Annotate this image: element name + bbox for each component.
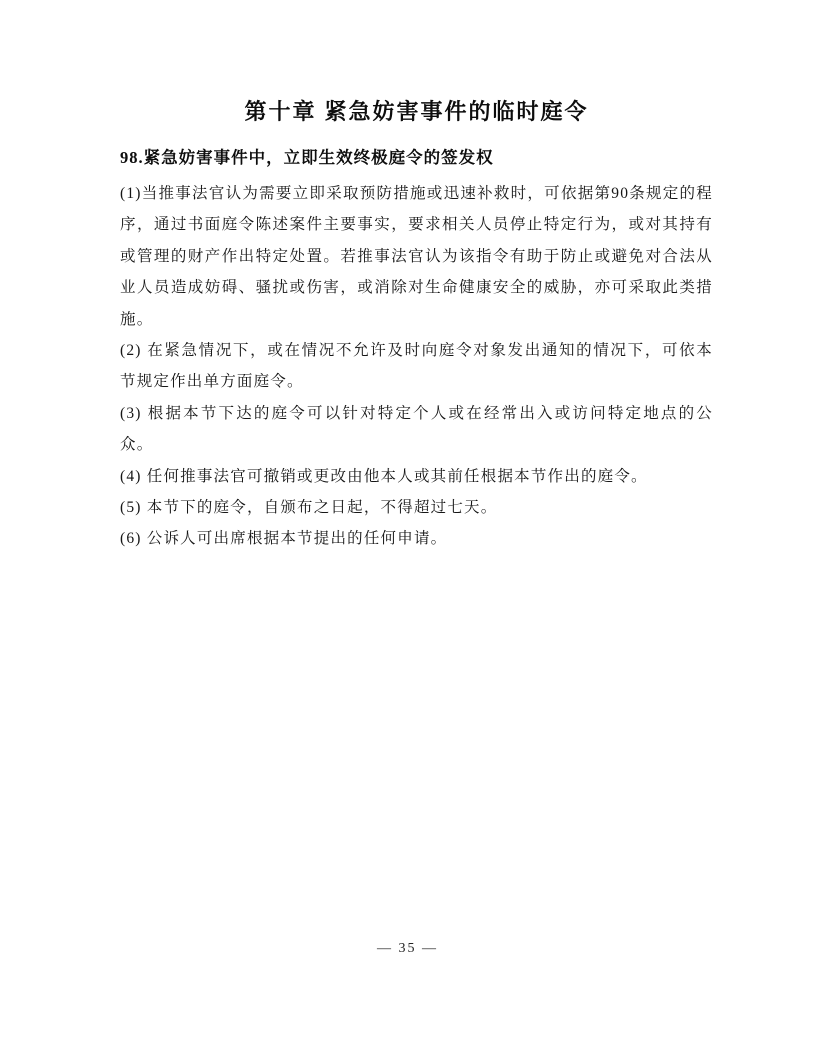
paragraph-6: (6) 公诉人可出席根据本节提出的任何申请。 bbox=[120, 523, 713, 554]
paragraph-4: (4) 任何推事法官可撤销或更改由他本人或其前任根据本节作出的庭令。 bbox=[120, 461, 713, 492]
paragraph-5: (5) 本节下的庭令，自颁布之日起，不得超过七天。 bbox=[120, 492, 713, 523]
paragraph-1: (1)当推事法官认为需要立即采取预防措施或迅速补救时，可依据第90条规定的程序，… bbox=[120, 178, 713, 335]
paragraph-2: (2) 在紧急情况下，或在情况不允许及时向庭令对象发出通知的情况下，可依本节规定… bbox=[120, 335, 713, 398]
chapter-title: 第十章 紧急妨害事件的临时庭令 bbox=[120, 96, 713, 128]
paragraph-3: (3) 根据本节下达的庭令可以针对特定个人或在经常出入或访问特定地点的公众。 bbox=[120, 398, 713, 461]
section-heading: 98.紧急妨害事件中，立即生效终极庭令的签发权 bbox=[120, 146, 713, 170]
document-page: 第十章 紧急妨害事件的临时庭令 98.紧急妨害事件中，立即生效终极庭令的签发权 … bbox=[0, 0, 815, 1055]
body-text: (1)当推事法官认为需要立即采取预防措施或迅速补救时，可依据第90条规定的程序，… bbox=[120, 178, 713, 555]
page-number: — 35 — bbox=[0, 941, 815, 957]
page-content: 第十章 紧急妨害事件的临时庭令 98.紧急妨害事件中，立即生效终极庭令的签发权 … bbox=[120, 0, 713, 555]
